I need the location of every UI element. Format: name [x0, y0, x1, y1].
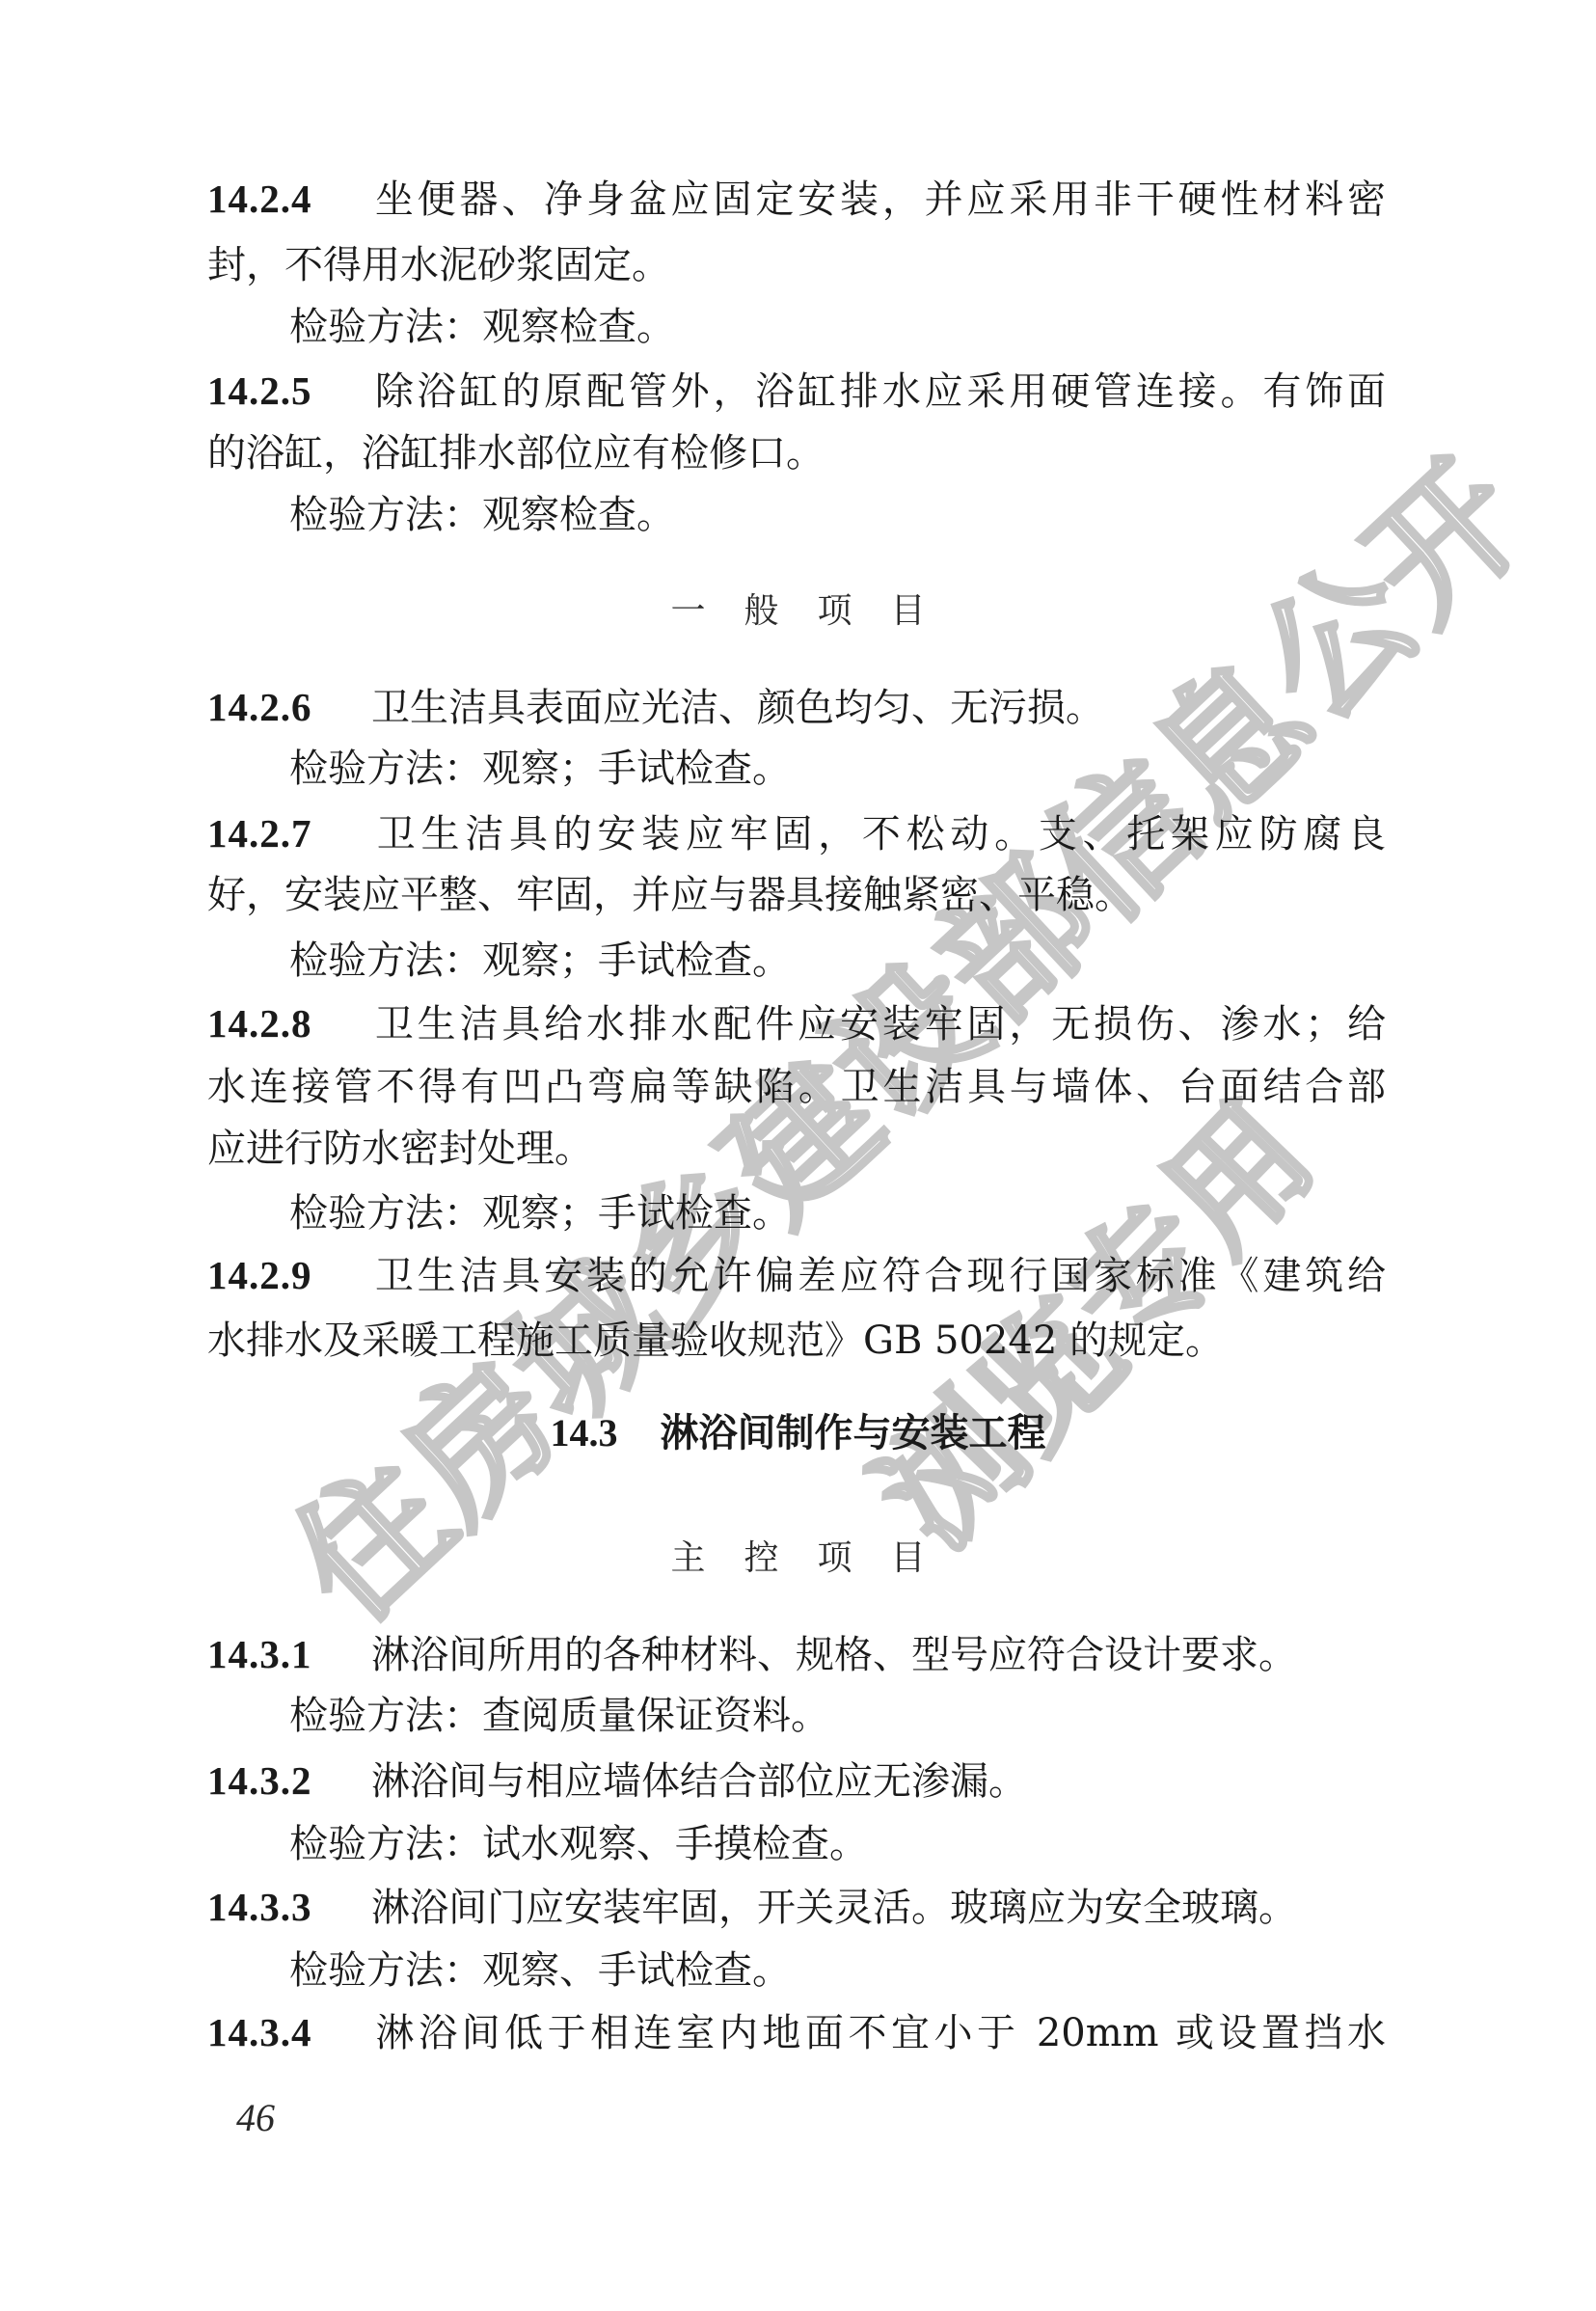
section-title: 淋浴间制作与安装工程	[661, 1411, 1046, 1455]
document-page: 14.2.4坐便器、净身盆应固定安装，并应采用非干硬性材料密 封，不得用水泥砂浆…	[0, 0, 1596, 2311]
clause-14-3-2: 14.3.2淋浴间与相应墙体结合部位应无渗漏。	[207, 1756, 1386, 1805]
clause-number: 14.2.6	[207, 683, 371, 731]
clause-text: 卫生洁具给水排水配件应安装牢固，无损伤、渗水；给	[371, 1002, 1386, 1047]
clause-14-2-6: 14.2.6卫生洁具表面应光洁、颜色均匀、无污损。	[207, 683, 1386, 731]
clause-14-3-3: 14.3.3淋浴间门应安装牢固，开关灵活。玻璃应为安全玻璃。	[207, 1883, 1386, 1931]
clause-number: 14.2.5	[207, 367, 371, 415]
clause-text: 淋浴间所用的各种材料、规格、型号应符合设计要求。	[371, 1633, 1297, 1677]
clause-number: 14.3.1	[207, 1630, 371, 1678]
section-heading-14-3: 14.3淋浴间制作与安装工程	[0, 1409, 1596, 1457]
clause-number: 14.2.8	[207, 999, 371, 1047]
clause-text-continued: 封，不得用水泥砂浆固定。	[207, 241, 1386, 289]
inspection-method: 检验方法：查阅质量保证资料。	[289, 1692, 1386, 1740]
inspection-method: 检验方法：观察检查。	[289, 491, 1386, 539]
clause-14-2-8: 14.2.8卫生洁具给水排水配件应安装牢固，无损伤、渗水；给	[207, 999, 1386, 1047]
inspection-method: 检验方法：试水观察、手摸检查。	[289, 1820, 1386, 1868]
clause-text-continued: 水连接管不得有凹凸弯扁等缺陷。卫生洁具与墙体、台面结合部	[207, 1063, 1386, 1111]
clause-14-2-5: 14.2.5除浴缸的原配管外，浴缸排水应采用硬管连接。有饰面	[207, 367, 1386, 415]
inspection-method: 检验方法：观察；手试检查。	[289, 937, 1386, 985]
clause-number: 14.3.3	[207, 1883, 371, 1931]
clause-number: 14.2.7	[207, 809, 371, 857]
inspection-method: 检验方法：观察；手试检查。	[289, 745, 1386, 793]
clause-14-3-4: 14.3.4淋浴间低于相连室内地面不宜小于 20mm 或设置挡水	[207, 2008, 1386, 2056]
clause-text-continued: 好，安装应平整、牢固，并应与器具接触紧密、平稳。	[207, 871, 1386, 919]
clause-text: 卫生洁具的安装应牢固，不松动。支、托架应防腐良	[371, 812, 1386, 856]
clause-14-2-4: 14.2.4坐便器、净身盆应固定安装，并应采用非干硬性材料密	[207, 175, 1386, 223]
clause-number: 14.3.2	[207, 1756, 371, 1805]
clause-text-continued: 应进行防水密封处理。	[207, 1125, 1386, 1173]
subheading-main-control-items: 主控项目	[0, 1535, 1596, 1583]
section-number: 14.3	[551, 1411, 618, 1455]
inspection-method: 检验方法：观察、手试检查。	[289, 1946, 1386, 1995]
clause-text: 淋浴间门应安装牢固，开关灵活。玻璃应为安全玻璃。	[371, 1886, 1297, 1930]
page-number: 46	[236, 2095, 275, 2140]
clause-text: 淋浴间低于相连室内地面不宜小于 20mm 或设置挡水	[371, 2011, 1386, 2055]
inspection-method: 检验方法：观察；手试检查。	[289, 1189, 1386, 1237]
clause-text: 坐便器、净身盆应固定安装，并应采用非干硬性材料密	[371, 177, 1386, 222]
clause-number: 14.2.9	[207, 1251, 371, 1299]
clause-text-continued: 的浴缸，浴缸排水部位应有检修口。	[207, 429, 1386, 477]
clause-text: 卫生洁具安装的允许偏差应符合现行国家标准《建筑给	[371, 1254, 1386, 1298]
clause-14-3-1: 14.3.1淋浴间所用的各种材料、规格、型号应符合设计要求。	[207, 1630, 1386, 1678]
clause-text: 除浴缸的原配管外，浴缸排水应采用硬管连接。有饰面	[371, 369, 1386, 414]
inspection-method: 检验方法：观察检查。	[289, 303, 1386, 351]
clause-text: 淋浴间与相应墙体结合部位应无渗漏。	[371, 1759, 1027, 1804]
clause-14-2-9: 14.2.9卫生洁具安装的允许偏差应符合现行国家标准《建筑给	[207, 1251, 1386, 1299]
clause-text-continued: 水排水及采暖工程施工质量验收规范》GB 50242 的规定。	[207, 1317, 1386, 1365]
clause-number: 14.2.4	[207, 175, 371, 223]
subheading-general-items: 一般项目	[0, 587, 1596, 636]
clause-text: 卫生洁具表面应光洁、颜色均匀、无污损。	[371, 686, 1104, 730]
clause-number: 14.3.4	[207, 2008, 371, 2056]
clause-14-2-7: 14.2.7卫生洁具的安装应牢固，不松动。支、托架应防腐良	[207, 809, 1386, 857]
